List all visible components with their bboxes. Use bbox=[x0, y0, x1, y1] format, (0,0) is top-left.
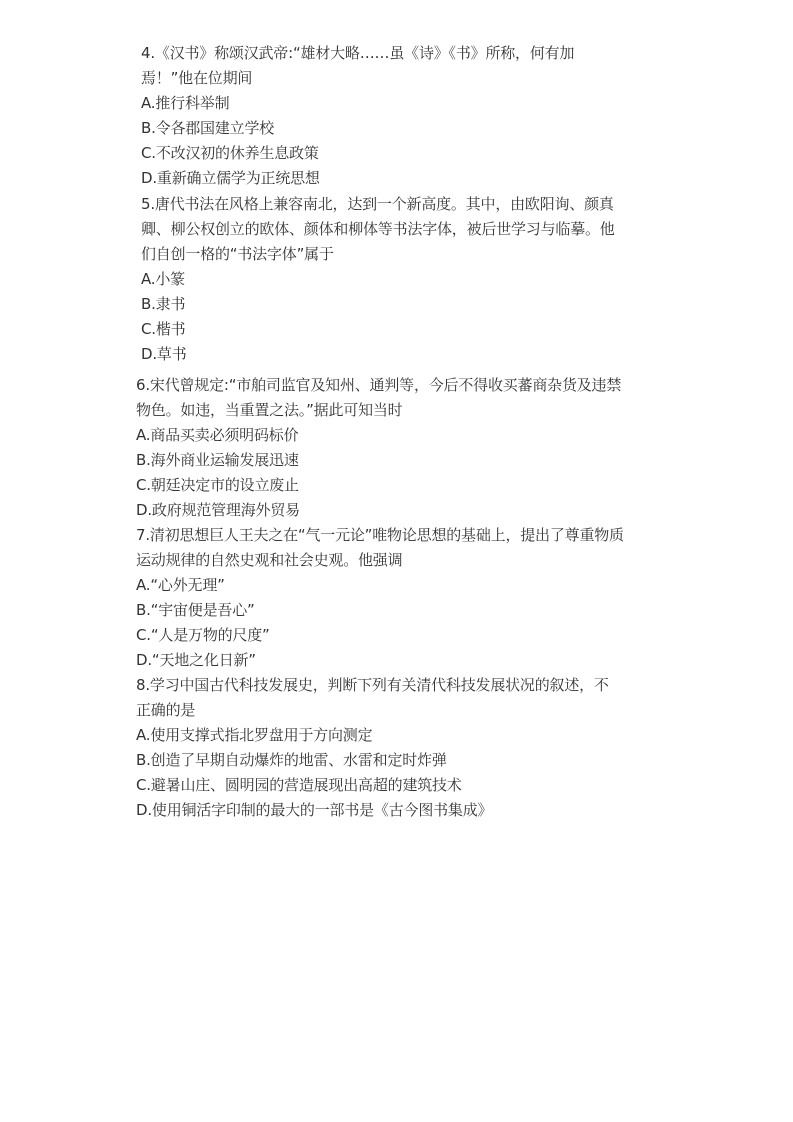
question-stem-line: 卿、柳公权创立的欧体、颜体和柳体等书法字体，被后世学习与临摹。他 bbox=[141, 217, 671, 242]
option-b: B.海外商业运输发展迅速 bbox=[136, 448, 666, 473]
option-a: A.使用支撑式指北罗盘用于方向测定 bbox=[136, 723, 666, 748]
question-stem-line: 焉！”他在位期间 bbox=[141, 66, 671, 91]
option-c: C.不改汉初的休养生息政策 bbox=[141, 141, 671, 166]
option-d: D.重新确立儒学为正统思想 bbox=[141, 166, 671, 191]
question-8: 8.学习中国古代科技发展史，判断下列有关清代科技发展状况的叙述，不 正确的是 A… bbox=[136, 673, 666, 823]
option-a: A.“心外无理” bbox=[136, 573, 666, 598]
question-6: 6.宋代曾规定:“市舶司监官及知州、通判等，今后不得收买蕃商杂货及违禁 物色。如… bbox=[136, 373, 666, 523]
option-b: B.隶书 bbox=[141, 292, 671, 317]
question-stem-line: 物色。如违，当重置之法。”据此可知当时 bbox=[136, 398, 666, 423]
option-b: B.“宇宙便是吾心” bbox=[136, 598, 666, 623]
question-stem-line: 6.宋代曾规定:“市舶司监官及知州、通判等，今后不得收买蕃商杂货及违禁 bbox=[136, 373, 666, 398]
question-5: 5.唐代书法在风格上兼容南北，达到一个新高度。其中，由欧阳询、颜真 卿、柳公权创… bbox=[141, 192, 671, 367]
option-a: A.商品买卖必须明码标价 bbox=[136, 423, 666, 448]
document-page: 4.《汉书》称颂汉武帝:“雄材大略……虽《诗》《书》所称，何有加 焉！”他在位期… bbox=[0, 0, 793, 1122]
option-c: C.楷书 bbox=[141, 317, 671, 342]
option-b: B.令各郡国建立学校 bbox=[141, 116, 671, 141]
option-b: B.创造了早期自动爆炸的地雷、水雷和定时炸弹 bbox=[136, 748, 666, 773]
option-c: C.朝廷决定市的设立废止 bbox=[136, 473, 666, 498]
option-a: A.小篆 bbox=[141, 267, 671, 292]
option-d: D.使用铜活字印制的最大的一部书是《古今图书集成》 bbox=[136, 798, 666, 823]
question-stem-line: 7.清初思想巨人王夫之在“气一元论”唯物论思想的基础上，提出了尊重物质 bbox=[136, 523, 666, 548]
question-4: 4.《汉书》称颂汉武帝:“雄材大略……虽《诗》《书》所称，何有加 焉！”他在位期… bbox=[141, 41, 671, 191]
question-stem-line: 5.唐代书法在风格上兼容南北，达到一个新高度。其中，由欧阳询、颜真 bbox=[141, 192, 671, 217]
option-d: D.政府规范管理海外贸易 bbox=[136, 498, 666, 523]
question-stem-line: 正确的是 bbox=[136, 698, 666, 723]
option-d: D.草书 bbox=[141, 342, 671, 367]
question-stem-line: 4.《汉书》称颂汉武帝:“雄材大略……虽《诗》《书》所称，何有加 bbox=[141, 41, 671, 66]
option-c: C.避暑山庄、圆明园的营造展现出高超的建筑技术 bbox=[136, 773, 666, 798]
option-a: A.推行科举制 bbox=[141, 91, 671, 116]
question-stem-line: 们自创一格的“书法字体”属于 bbox=[141, 242, 671, 267]
option-d: D.“天地之化日新” bbox=[136, 648, 666, 673]
question-7: 7.清初思想巨人王夫之在“气一元论”唯物论思想的基础上，提出了尊重物质 运动规律… bbox=[136, 523, 666, 673]
question-stem-line: 运动规律的自然史观和社会史观。他强调 bbox=[136, 548, 666, 573]
option-c: C.“人是万物的尺度” bbox=[136, 623, 666, 648]
question-stem-line: 8.学习中国古代科技发展史，判断下列有关清代科技发展状况的叙述，不 bbox=[136, 673, 666, 698]
